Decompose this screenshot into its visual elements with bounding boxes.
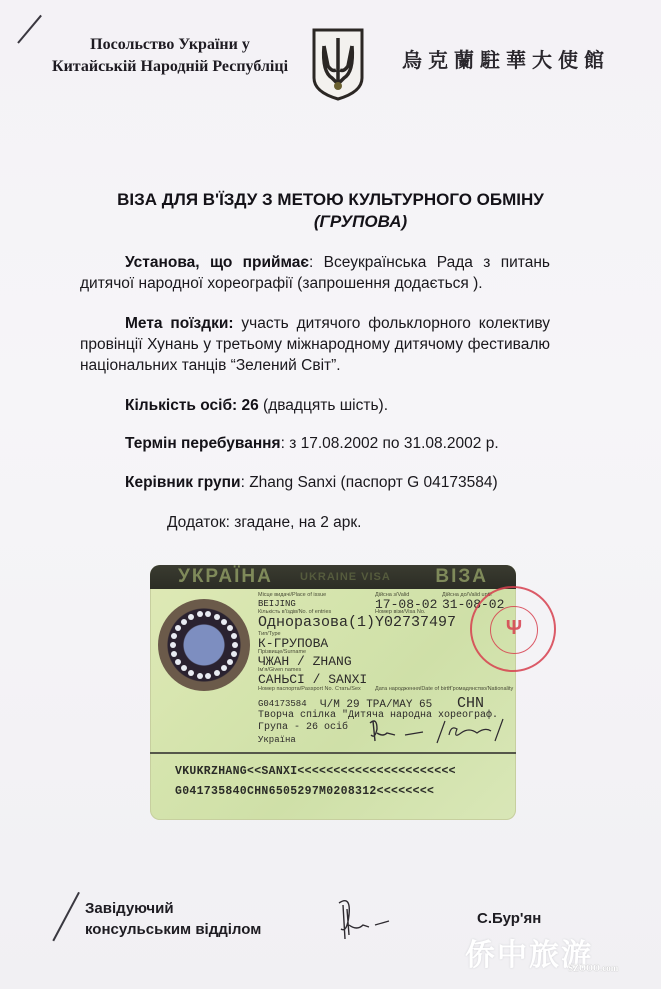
visa-band-viza: ВІЗА (435, 565, 488, 589)
hologram-dot (205, 673, 211, 679)
hologram-dot (188, 670, 194, 676)
embassy-name-line1: Посольство України у (40, 34, 300, 56)
seal-inner-ring: Ψ (490, 606, 538, 654)
embassy-name-ua: Посольство України у Китайській Народній… (40, 34, 300, 78)
hologram-dot (175, 659, 181, 665)
visa-band-country: УКРАЇНА (178, 565, 273, 589)
site-watermark-url: SZOOO.com (568, 963, 618, 973)
host-paragraph: Установа, що приймає: Всеукраїнська Рада… (80, 252, 550, 294)
remark-line2: Група - 26 осіб (258, 722, 348, 733)
hologram-dot (175, 625, 181, 631)
hologram-dot (188, 614, 194, 620)
hologram-dot (171, 633, 177, 639)
remark-line3: Україна (258, 735, 296, 745)
hologram-dot (231, 651, 237, 657)
hologram-dot (214, 670, 220, 676)
hologram-dot (197, 673, 203, 679)
attachment-note: Додаток: згадане, на 2 арк. (167, 512, 637, 533)
leader-label: Керівник групи (125, 474, 241, 491)
pen-mark (17, 15, 42, 44)
hologram-dot (171, 651, 177, 657)
signatory-position: Завідуючий консульським відділом (85, 898, 261, 940)
hologram-dot (221, 665, 227, 671)
hologram-dot (214, 614, 220, 620)
pen-mark (52, 892, 79, 941)
given-names-value: САНЬСІ / SANXI (258, 672, 367, 687)
visa-divider (150, 752, 516, 754)
embassy-name-line2: Китайській Народній Республіці (40, 56, 300, 78)
hologram-dot (231, 633, 237, 639)
visa-number-value: Y02737497 (375, 614, 456, 631)
hologram-dot (232, 642, 238, 648)
hologram-icon (158, 599, 250, 691)
place-label: Місце видачі/Place of issue (258, 592, 326, 598)
hologram-dot (205, 611, 211, 617)
entries-value: Одноразова(1) (258, 614, 375, 631)
term-paragraph: Термін перебування: з 17.08.2002 по 31.0… (80, 433, 550, 454)
hologram-dot (181, 665, 187, 671)
host-label: Установа, що приймає (125, 254, 309, 271)
count-text: (двадцять шість). (259, 397, 388, 414)
hologram-dot (197, 611, 203, 617)
place-value: BEIJING (258, 599, 296, 609)
handwritten-signature (333, 895, 393, 945)
consular-seal-stamp: Ψ (470, 586, 556, 672)
term-text: : з 17.08.2002 по 31.08.2002 р. (281, 435, 499, 452)
hologram-dot (227, 659, 233, 665)
embassy-name-cn: 烏克蘭駐華大使館 (402, 44, 610, 73)
hologram-dot (221, 619, 227, 625)
nationality-label: Громадянство/Nationality (450, 686, 513, 692)
purpose-paragraph: Мета поїздки: участь дитячого фольклорно… (80, 313, 550, 376)
mrz-line-2: G041735840CHN6505297M0208312<<<<<<<< (175, 785, 434, 798)
position-line2: консульським відділом (85, 919, 261, 940)
document-subtitle: (ГРУПОВА) (0, 212, 661, 232)
count-paragraph: Кількість осіб: 26 (двадцять шість). (80, 395, 550, 416)
purpose-label: Мета поїздки: (125, 315, 234, 332)
passport-label: Номер паспорта/Passport No. (258, 686, 333, 692)
mrz-line-1: VKUKRZHANG<<SANXI<<<<<<<<<<<<<<<<<<<<<< (175, 765, 456, 778)
signatory-name: С.Бур'ян (477, 910, 541, 927)
term-label: Термін перебування (125, 435, 281, 452)
trident-icon: Ψ (491, 617, 537, 640)
dob-label: Дата народження/Date of birth (375, 686, 451, 692)
visa-header-band: УКРАЇНА UKRAINE VISA ВІЗА (150, 565, 516, 589)
hologram-dot (181, 619, 187, 625)
position-line1: Завідуючий (85, 898, 261, 919)
count-label: Кількість осіб: 26 (125, 397, 259, 414)
visa-signature (365, 715, 505, 747)
leader-paragraph: Керівник групи: Zhang Sanxi (паспорт G 0… (80, 472, 550, 493)
leader-text: : Zhang Sanxi (паспорт G 04173584) (241, 474, 498, 491)
visa-sticker: УКРАЇНА UKRAINE VISA ВІЗА Місце видачі/P… (150, 565, 516, 820)
document-title: ВІЗА ДЛЯ В'ЇЗДУ З МЕТОЮ КУЛЬТУРНОГО ОБМІ… (0, 190, 661, 210)
trident-coat-of-arms-icon (310, 26, 366, 102)
visa-band-latin: UKRAINE VISA (300, 565, 391, 589)
passport-value: G04173584 (258, 699, 307, 709)
hologram-dot (227, 625, 233, 631)
sex-label: Стать/Sex (335, 686, 361, 692)
hologram-dot (170, 642, 176, 648)
